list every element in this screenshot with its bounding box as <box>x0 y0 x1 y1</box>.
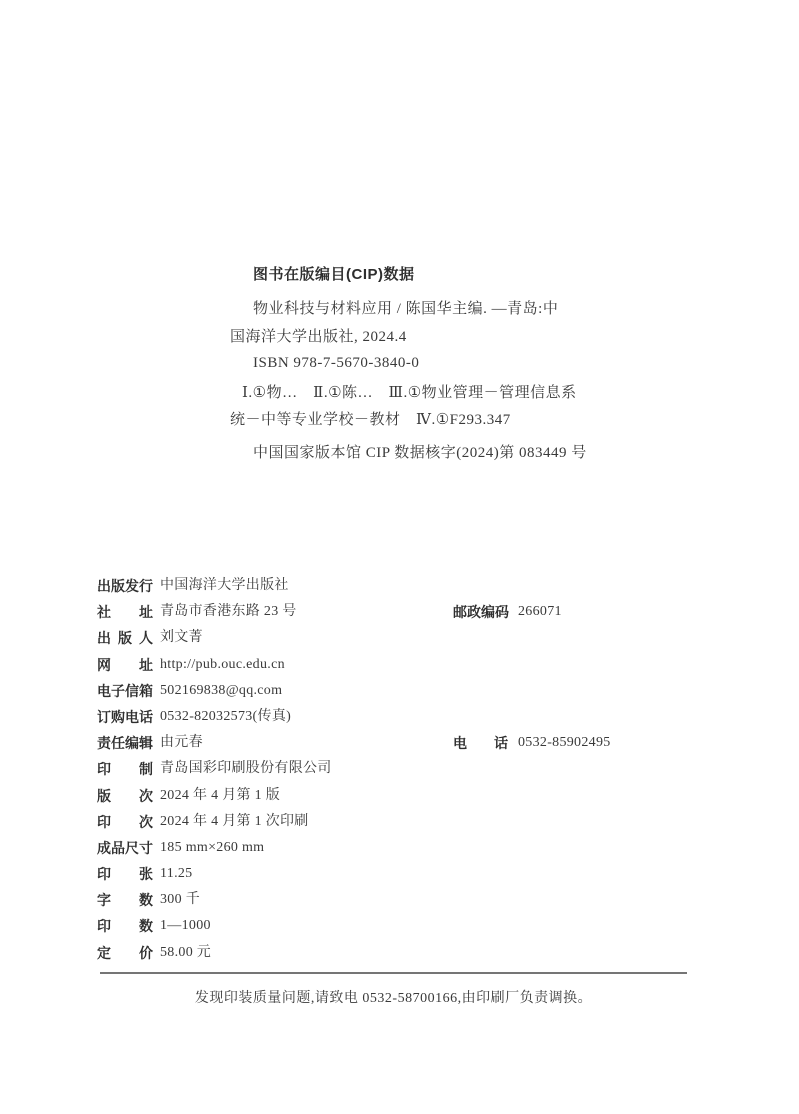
row-label: 版次 <box>97 783 153 809</box>
colophon-row-printer: 印制青岛国彩印刷股份有限公司 <box>97 756 737 782</box>
row-label: 印制 <box>97 756 153 782</box>
colophon-row-website: 网址http://pub.ouc.edu.cn <box>97 652 737 678</box>
row-value: 刘文菁 <box>160 630 203 645</box>
copyright-page: 图书在版编目(CIP)数据 物业科技与材料应用 / 陈国华主编. —青岛:中 国… <box>0 0 799 1114</box>
row-label: 网址 <box>97 652 153 678</box>
colophon-row-order-phone: 订购电话0532-82032573(传真) <box>97 704 737 730</box>
colophon-row-sheets: 印张11.25 <box>97 861 737 887</box>
postal-code-group: 邮政编码266071 <box>453 599 562 625</box>
cip-title-line: 物业科技与材料应用 / 陈国华主编. —青岛:中 <box>253 302 558 317</box>
row-label: 出版发行 <box>97 573 153 599</box>
row-value: 青岛市香港东路 23 号 <box>160 604 297 619</box>
row-value: 青岛国彩印刷股份有限公司 <box>160 761 332 776</box>
row-label: 印次 <box>97 809 153 835</box>
row-value: 由元春 <box>160 735 203 750</box>
row-value: 1—1000 <box>160 918 211 933</box>
row-label: 责任编辑 <box>97 730 153 756</box>
print-quality-notice: 发现印装质量问题,请致电 0532-58700166,由印刷厂负责调换。 <box>100 987 687 1007</box>
row-value: 185 mm×260 mm <box>160 840 264 855</box>
email-address: 502169838@qq.com <box>160 683 282 698</box>
editor-phone-group: 电话0532-85902495 <box>453 730 611 756</box>
row-value: 300 千 <box>160 892 200 907</box>
row-label: 出版人 <box>97 625 153 651</box>
row-label: 成品尺寸 <box>97 835 153 861</box>
cip-publisher-line: 国海洋大学出版社, 2024.4 <box>230 330 407 345</box>
cip-classification-line-1: Ⅰ.①物… Ⅱ.①陈… Ⅲ.①物业管理－管理信息系 <box>242 386 577 401</box>
row-label: 邮政编码 <box>453 599 508 625</box>
row-label: 定价 <box>97 940 153 966</box>
cip-header: 图书在版编目(CIP)数据 <box>253 267 415 282</box>
colophon-row-editor: 责任编辑由元春 电话0532-85902495 <box>97 730 737 756</box>
row-value: 中国海洋大学出版社 <box>160 578 289 593</box>
row-value: 2024 年 4 月第 1 次印刷 <box>160 814 309 829</box>
colophon-row-publisher: 出版发行中国海洋大学出版社 <box>97 573 737 599</box>
row-label: 订购电话 <box>97 704 153 730</box>
row-value: 2024 年 4 月第 1 版 <box>160 788 280 803</box>
cip-record-number-line: 中国国家版本馆 CIP 数据核字(2024)第 083449 号 <box>253 446 587 461</box>
website-url: http://pub.ouc.edu.cn <box>160 657 285 672</box>
colophon-row-publisher-person: 出版人刘文菁 <box>97 625 737 651</box>
colophon-row-print-run: 印数1—1000 <box>97 913 737 939</box>
colophon-row-email: 电子信箱502169838@qq.com <box>97 678 737 704</box>
footer-rule <box>100 972 687 974</box>
row-label: 电话 <box>453 730 508 756</box>
colophon-row-price: 定价58.00 元 <box>97 940 737 966</box>
row-label: 社址 <box>97 599 153 625</box>
row-label: 印数 <box>97 913 153 939</box>
cip-classification-line-2: 统－中等专业学校－教材 Ⅳ.①F293.347 <box>230 413 511 428</box>
row-value: 0532-85902495 <box>518 735 611 750</box>
cip-isbn-line: ISBN 978-7-5670-3840-0 <box>253 356 419 371</box>
row-value: 58.00 元 <box>160 945 211 960</box>
publication-info-block: 出版发行中国海洋大学出版社 社址青岛市香港东路 23 号 邮政编码266071 … <box>97 573 737 966</box>
row-value: 266071 <box>518 604 562 619</box>
row-label: 电子信箱 <box>97 678 153 704</box>
row-value: 11.25 <box>160 866 192 881</box>
colophon-row-word-count: 字数300 千 <box>97 887 737 913</box>
colophon-row-edition: 版次2024 年 4 月第 1 版 <box>97 783 737 809</box>
row-value: 0532-82032573(传真) <box>160 709 291 724</box>
colophon-row-impression: 印次2024 年 4 月第 1 次印刷 <box>97 809 737 835</box>
row-label: 字数 <box>97 887 153 913</box>
colophon-row-trim-size: 成品尺寸185 mm×260 mm <box>97 835 737 861</box>
colophon-row-address: 社址青岛市香港东路 23 号 邮政编码266071 <box>97 599 737 625</box>
row-label: 印张 <box>97 861 153 887</box>
